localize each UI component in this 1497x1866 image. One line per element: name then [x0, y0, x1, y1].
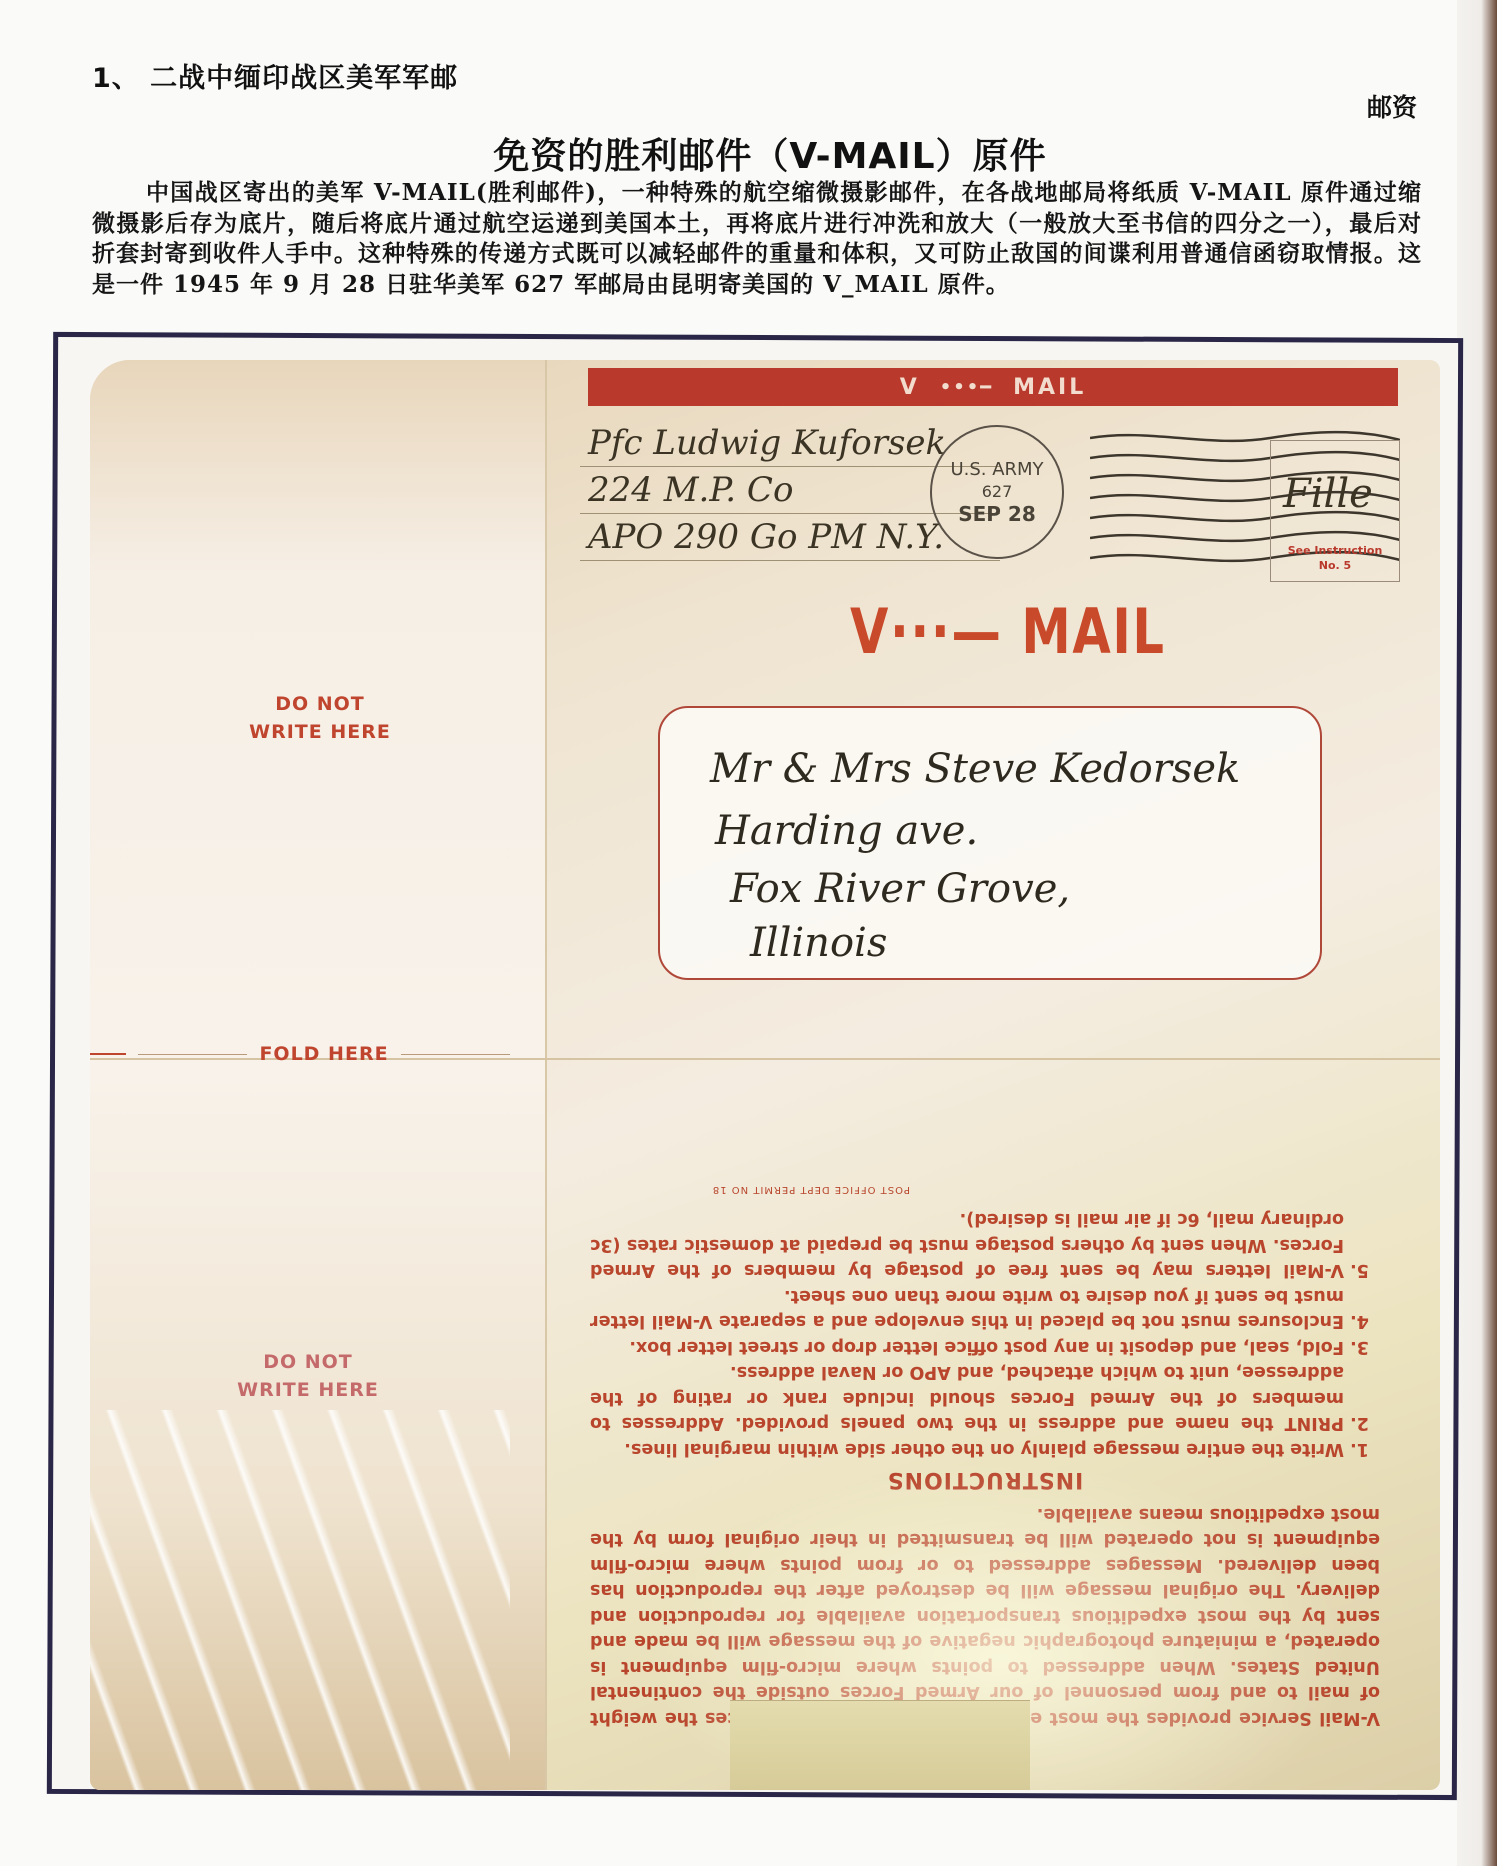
fold-here-label: FOLD HERE [90, 1043, 510, 1065]
left-flap: DO NOT WRITE HERE DO NOT WRITE HERE [90, 360, 547, 1790]
recipient-address-box: Mr & Mrs Steve Kedorsek Harding ave. Fox… [658, 706, 1322, 980]
vmail-top-band: V •••━ MAIL [588, 368, 1398, 406]
corner-label: 邮资 [1367, 88, 1417, 124]
instructions-list: Write the entire message plainly on the … [590, 1206, 1380, 1461]
section-heading: 1、 二战中缅印战区美军军邮 [92, 56, 458, 95]
free-franking-signature: Fille [1283, 471, 1373, 517]
instructions-block-upside-down: V-Mail Service provides the most expedit… [590, 1090, 1380, 1730]
intro-paragraph: 中国战区寄出的美军 V-MAIL(胜利邮件)，一种特殊的航空缩微摄影邮件，在各战… [92, 178, 1422, 300]
instructions-title: INSTRUCTIONS [590, 1467, 1380, 1493]
list-item: PRINT the name and address in the two pa… [590, 1359, 1344, 1436]
page-edge [1457, 0, 1497, 1866]
vmail-logo: V···— MAIL [850, 595, 1090, 668]
do-not-write-label-top: DO NOT WRITE HERE [220, 690, 420, 746]
permit-number: POST OFFICE DEPT PERMIT NO 18 [590, 1177, 1380, 1203]
list-item: V-Mail letters may be sent free of posta… [590, 1206, 1344, 1283]
do-not-write-label-bottom: DO NOT WRITE HERE [208, 1348, 408, 1404]
plastic-glare [90, 1410, 510, 1790]
page-title: 免资的胜利邮件（V-MAIL）原件 [480, 128, 1060, 179]
list-item: Enclosures must not be placed in this en… [590, 1283, 1344, 1334]
stamp-box: Fille See Instruction No. 5 [1270, 440, 1400, 582]
postmark: U.S. ARMY 627 SEP 28 [930, 425, 1064, 559]
list-item: Write the entire message plainly on the … [590, 1436, 1344, 1462]
envelope-tab [730, 1700, 1030, 1790]
list-item: Fold, seal, and deposit in any post offi… [590, 1334, 1344, 1360]
vmail-envelope: DO NOT WRITE HERE DO NOT WRITE HERE FOLD… [90, 360, 1440, 1790]
